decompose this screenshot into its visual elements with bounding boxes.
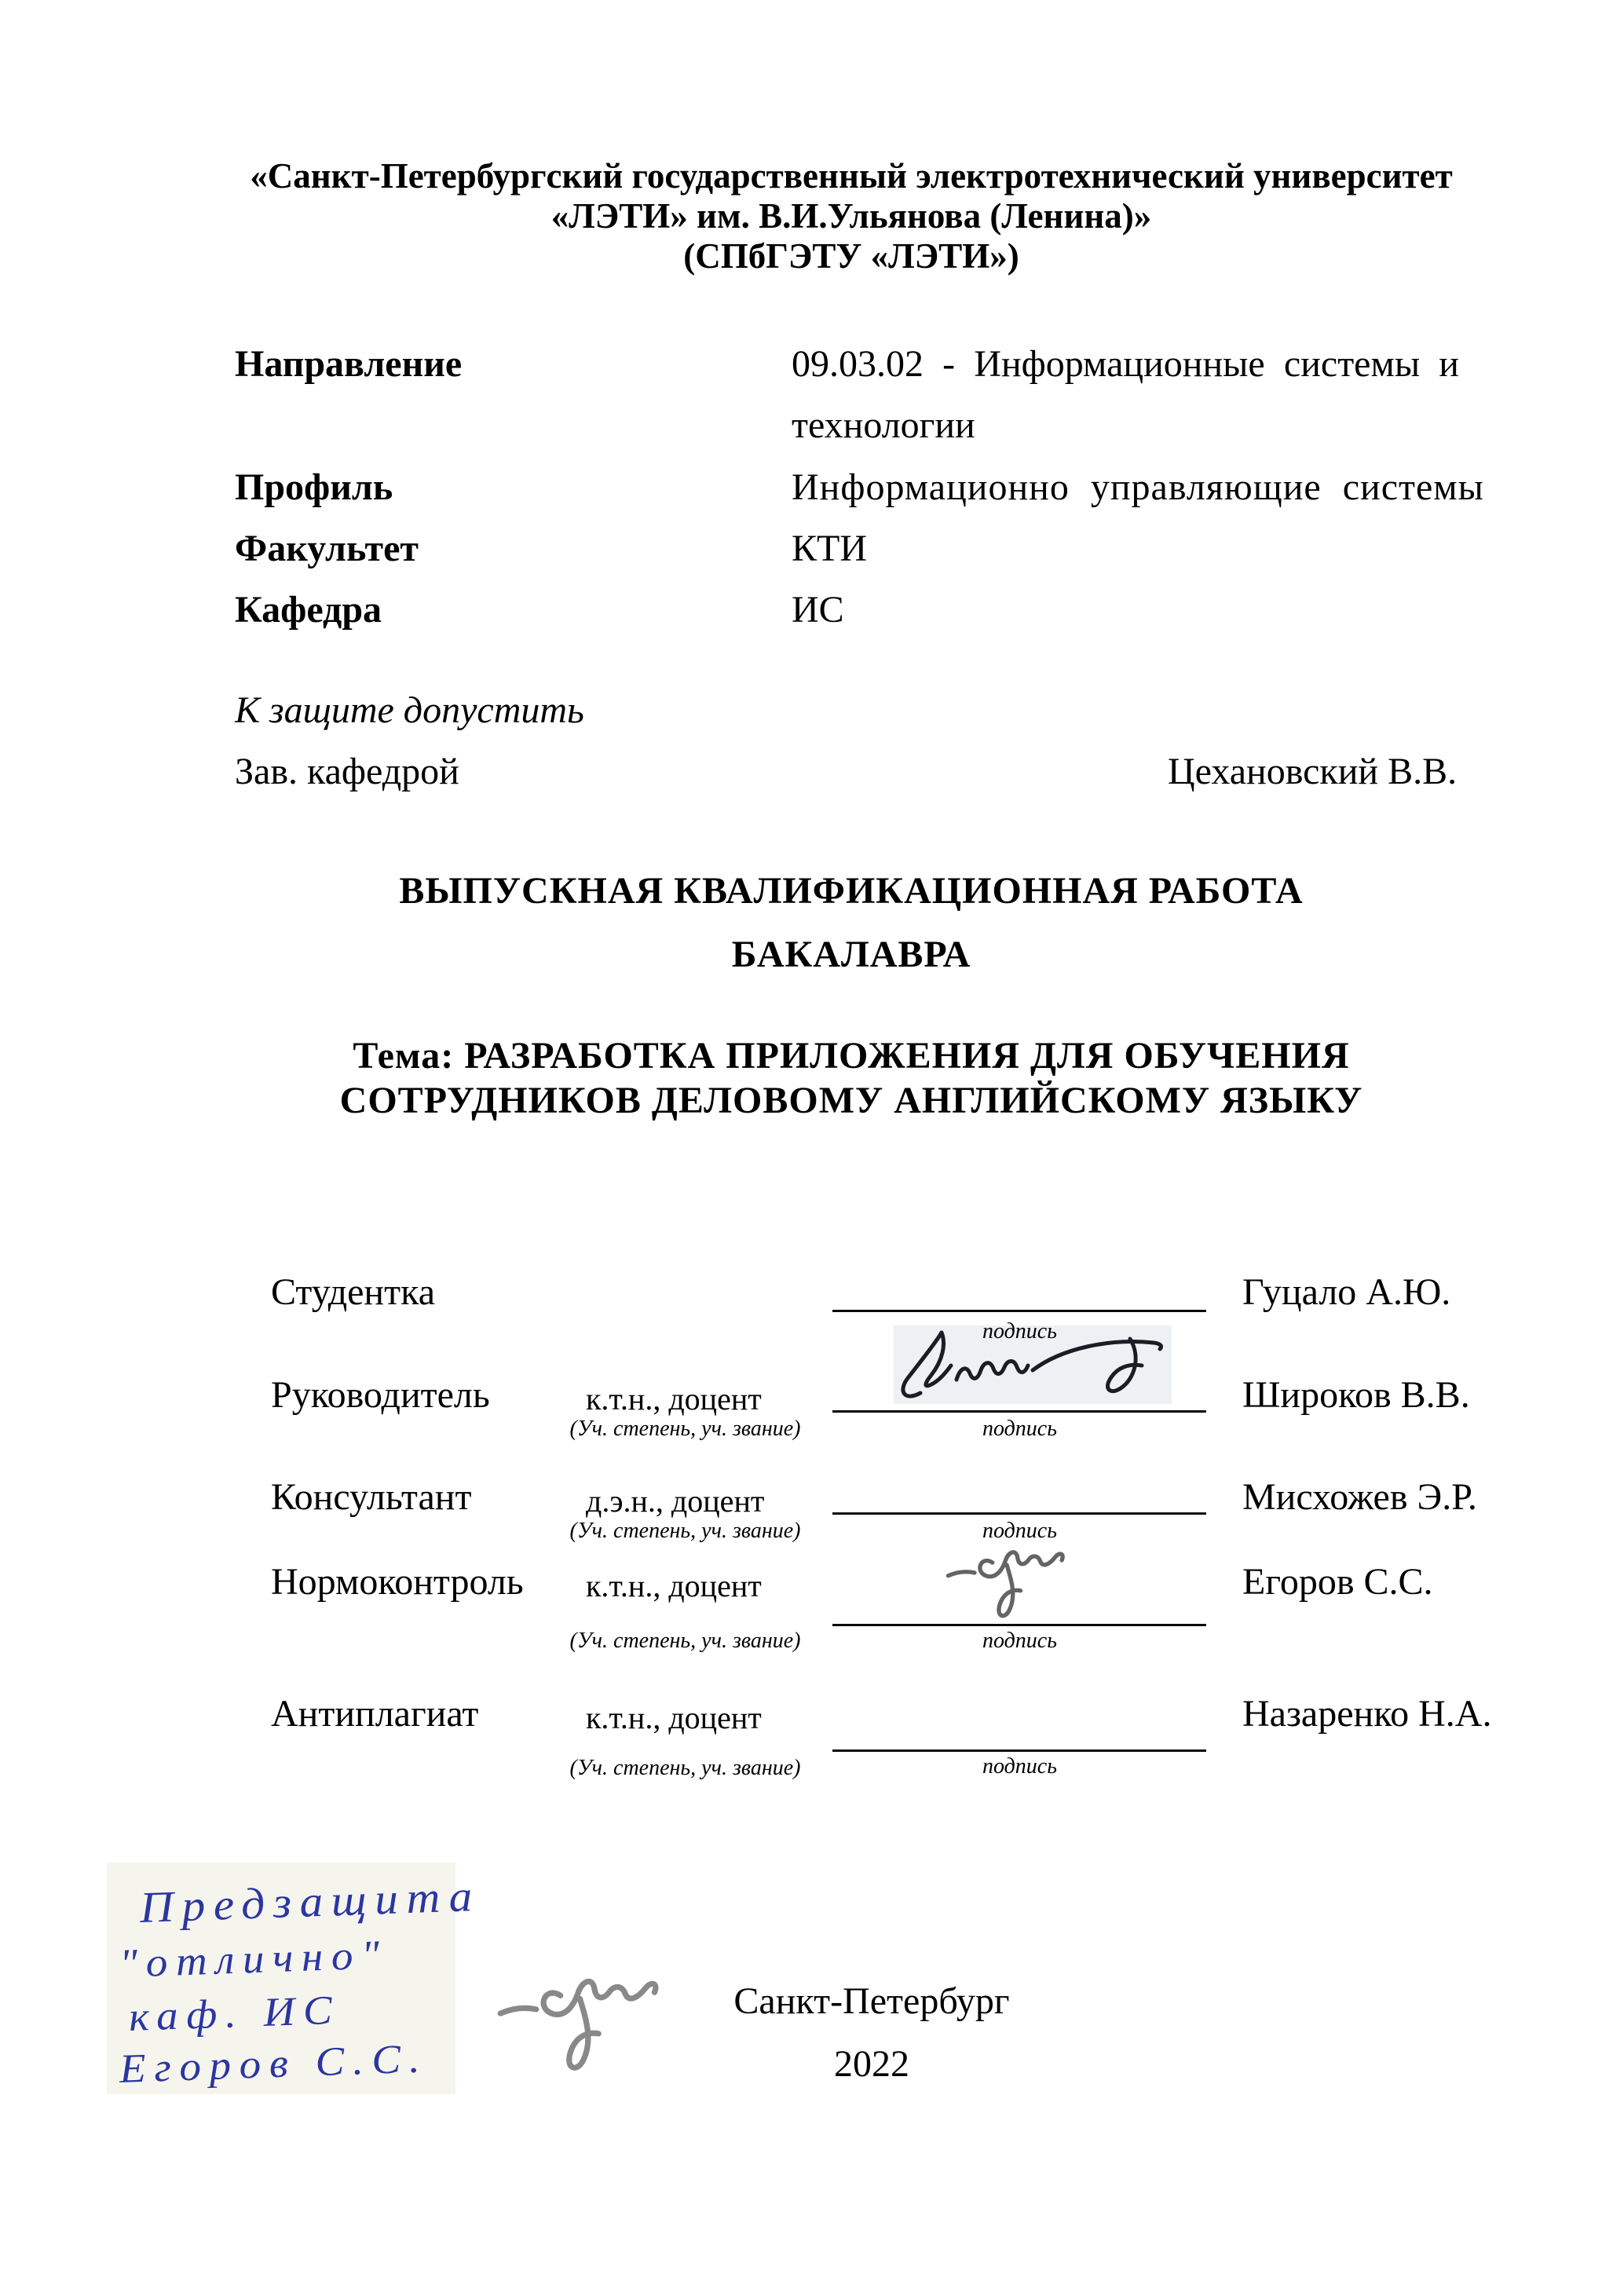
role-supervisor: Руководитель	[271, 1373, 490, 1417]
role-antiplagiarism: Антиплагиат	[271, 1692, 478, 1736]
head-of-department-label: Зав. кафедрой	[235, 750, 459, 794]
direction-word1: Информационные	[974, 342, 1264, 386]
university-name-line1: «Санкт-Петербургский государственный эле…	[235, 156, 1468, 196]
role-consultant: Консультант	[271, 1475, 471, 1519]
profile-label: Профиль	[235, 466, 393, 510]
name-student: Гуцало А.Ю.	[1242, 1270, 1450, 1314]
degree-caption-normcontrol: (Уч. степень, уч. звание)	[550, 1629, 821, 1654]
degree-antiplagiarism: к.т.н., доцент	[586, 1700, 762, 1736]
degree-supervisor: к.т.н., доцент	[586, 1381, 762, 1417]
sign-caption-supervisor: подпись	[834, 1417, 1205, 1442]
direction-value-line2: технологии	[792, 404, 975, 448]
profile-value: Информационно управляющие системы	[792, 466, 1484, 510]
degree-caption-consultant: (Уч. степень, уч. звание)	[550, 1519, 821, 1544]
admission-line: К защите допустить	[235, 689, 584, 733]
university-name-line2: «ЛЭТИ» им. В.И.Ульянова (Ленина)»	[235, 196, 1468, 236]
department-label: Кафедра	[235, 588, 382, 632]
degree-consultant: д.э.н., доцент	[586, 1483, 764, 1519]
sign-caption-antiplagiarism: подпись	[834, 1754, 1205, 1779]
department-value: ИС	[792, 588, 844, 632]
handwritten-note-line2: "отлично"	[119, 1932, 389, 1987]
theme-line2: СОТРУДНИКОВ ДЕЛОВОМУ АНГЛИЙСКОМУ ЯЗЫКУ	[235, 1079, 1468, 1123]
university-header: «Санкт-Петербургский государственный эле…	[235, 156, 1468, 276]
direction-word2: системы	[1284, 342, 1420, 386]
handwritten-note-line3: каф. ИС	[128, 1987, 341, 2041]
work-title-line1: ВЫПУСКНАЯ КВАЛИФИКАЦИОННАЯ РАБОТА	[235, 869, 1468, 913]
direction-dash: -	[942, 342, 955, 386]
signature-line-normcontrol	[832, 1624, 1206, 1626]
name-antiplagiarism: Назаренко Н.А.	[1242, 1692, 1491, 1736]
direction-word3: и	[1439, 342, 1459, 386]
role-student: Студентка	[271, 1270, 435, 1314]
theme-line1: Тема: РАЗРАБОТКА ПРИЛОЖЕНИЯ ДЛЯ ОБУЧЕНИЯ	[235, 1034, 1468, 1078]
role-normcontrol: Нормоконтроль	[271, 1560, 524, 1604]
signature-line-student	[832, 1310, 1206, 1312]
direction-value-line1: 09.03.02 - Информационные системы и	[792, 342, 1459, 386]
sign-caption-normcontrol: подпись	[834, 1629, 1205, 1654]
name-consultant: Мисхожев Э.Р.	[1242, 1475, 1477, 1519]
work-title-line2: БАКАЛАВРА	[235, 933, 1468, 977]
name-supervisor: Широков В.В.	[1242, 1373, 1470, 1417]
university-name-line3: (СПбГЭТУ «ЛЭТИ»)	[235, 236, 1468, 276]
faculty-value: КТИ	[792, 527, 867, 571]
head-of-department-name: Цехановский В.В.	[1168, 750, 1457, 794]
signature-egorov-normcontrol	[927, 1537, 1107, 1630]
faculty-label: Факультет	[235, 527, 419, 571]
sign-caption-student: подпись	[834, 1319, 1205, 1344]
direction-code: 09.03.02	[792, 342, 924, 386]
signature-line-antiplagiarism	[832, 1749, 1206, 1752]
signature-line-consultant	[832, 1512, 1206, 1515]
thesis-title-page: «Санкт-Петербургский государственный эле…	[0, 0, 1624, 2296]
direction-label: Направление	[235, 342, 462, 386]
sign-caption-consultant: подпись	[834, 1519, 1205, 1544]
degree-caption-supervisor: (Уч. степень, уч. звание)	[550, 1417, 821, 1442]
name-normcontrol: Егоров С.С.	[1242, 1560, 1433, 1604]
degree-caption-antiplagiarism: (Уч. степень, уч. звание)	[550, 1756, 821, 1781]
degree-normcontrol: к.т.н., доцент	[586, 1568, 762, 1604]
signature-line-supervisor	[832, 1410, 1206, 1413]
